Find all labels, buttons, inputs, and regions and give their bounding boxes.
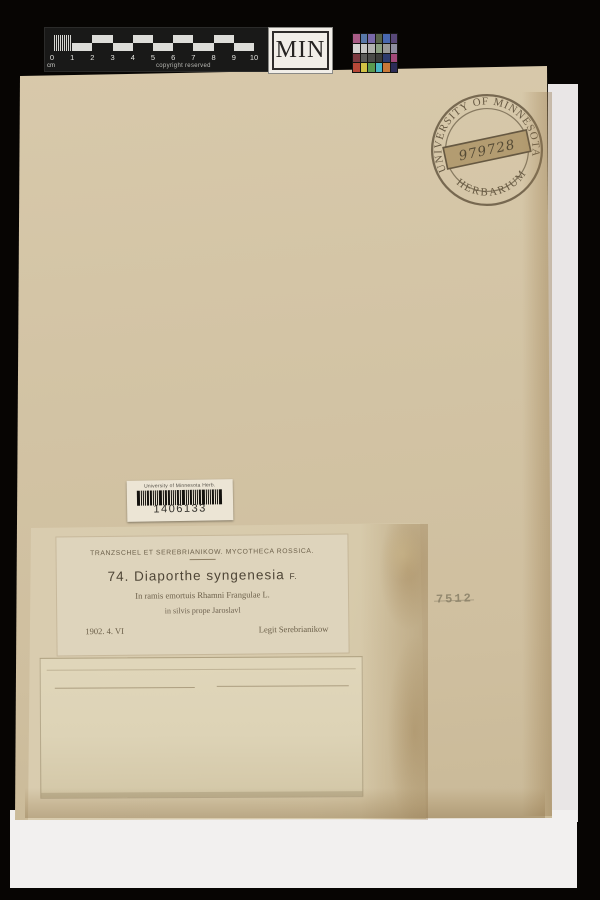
stamp-number-box: 979728 — [443, 130, 531, 169]
taxon-name: Diaporthe syngenesia — [134, 567, 285, 584]
ruler-mm-tick — [58, 35, 59, 51]
herbarium-scan: 012345678910 cm copyright reserved MIN U… — [0, 0, 600, 900]
herbarium-stamp: UNIVERSITY OF MINNESOTA HERBARIUM 979728 — [421, 84, 554, 217]
color-calibration-chart — [352, 33, 398, 73]
ruler-number: 2 — [90, 53, 94, 62]
label-collector: Legit Serebrianikow — [259, 624, 329, 635]
ruler-number: 9 — [232, 53, 236, 62]
color-patch — [391, 34, 398, 43]
color-patch — [376, 44, 383, 53]
ruler-number: 8 — [212, 53, 216, 62]
label-divider — [189, 559, 215, 560]
color-patch — [376, 34, 383, 43]
taxon-author: F. — [289, 571, 297, 581]
ruler-copyright-text: copyright reserved — [156, 63, 211, 69]
specimen-label: TRANZSCHEL ET SEREBRIANIKOW. MYCOTHECA R… — [56, 534, 348, 655]
color-patch — [391, 54, 398, 63]
ruler-number: 0 — [50, 53, 54, 62]
scale-ruler: 012345678910 cm copyright reserved — [44, 27, 270, 72]
ruler-number: 6 — [171, 53, 175, 62]
label-locality-line: in silvis prope Jaroslavl — [57, 604, 348, 616]
ruler-mm-tick — [64, 35, 65, 51]
barcode-bar — [219, 489, 222, 504]
envelope-fold-line-right — [217, 685, 349, 687]
ruler-mm-tick — [66, 35, 67, 51]
barcode-header-text: University of Minnesota Herb. — [144, 482, 215, 489]
label-date: 1902. 4. VI — [85, 626, 124, 636]
institution-code-box: MIN — [268, 27, 333, 74]
color-patch — [383, 54, 390, 63]
ruler-number: 10 — [250, 53, 258, 62]
color-patch — [391, 63, 398, 72]
stamp-arc-bottom-text: HERBARIUM — [453, 166, 532, 204]
barcode-bar — [137, 491, 140, 506]
ruler-mm-tick — [62, 35, 63, 51]
ruler-unit-label: cm — [47, 63, 55, 69]
color-patch — [368, 54, 375, 63]
label-series-title: TRANZSCHEL ET SEREBRIANIKOW. MYCOTHECA R… — [57, 547, 348, 557]
color-patch — [368, 44, 375, 53]
color-patch — [361, 34, 368, 43]
color-patch — [361, 54, 368, 63]
taxon-number: 74. — [107, 569, 129, 584]
institution-code-label: MIN — [272, 31, 329, 70]
color-patch — [353, 44, 360, 53]
envelope-fold-line-left — [55, 687, 195, 689]
color-patch — [368, 63, 375, 72]
color-patch — [383, 44, 390, 53]
ruler-block — [153, 43, 173, 51]
ruler-number: 4 — [131, 53, 135, 62]
ruler-number: 5 — [151, 53, 155, 62]
color-patch — [361, 63, 368, 72]
ruler-number: 7 — [191, 53, 195, 62]
ruler-number: 3 — [111, 53, 115, 62]
svg-text:HERBARIUM: HERBARIUM — [453, 166, 532, 204]
ruler-mm-tick — [60, 35, 61, 51]
envelope-flap-edge — [47, 668, 356, 671]
barcode-number: 1406133 — [153, 503, 207, 516]
sheet-accession-number: 7512 — [436, 591, 473, 606]
barcode-bar — [150, 490, 152, 505]
color-patch — [376, 63, 383, 72]
color-patch — [361, 44, 368, 53]
label-taxon-line: 74. Diaporthe syngenesia F. — [57, 566, 348, 584]
ruler-block — [214, 35, 234, 43]
color-patch — [368, 34, 375, 43]
ruler-block — [133, 35, 153, 43]
ruler-mm-tick — [70, 35, 71, 51]
color-patch — [391, 44, 398, 53]
barcode-bar — [147, 491, 149, 506]
stamp-graphic: UNIVERSITY OF MINNESOTA HERBARIUM 979728 — [421, 84, 554, 217]
specimen-envelope — [40, 656, 364, 799]
ruler-block — [234, 43, 254, 51]
ruler-number: 1 — [70, 53, 74, 62]
ruler-block — [193, 43, 213, 51]
color-patch — [353, 54, 360, 63]
ruler-mm-tick — [68, 35, 69, 51]
label-bottom-row: 1902. 4. VI Legit Serebrianikow — [57, 623, 348, 636]
color-patch — [353, 63, 360, 72]
ruler-mm-tick — [56, 35, 57, 51]
envelope-bottom-shadow — [41, 791, 362, 798]
label-substrate-line: In ramis emortuis Rhamni Frangulae L. — [57, 588, 348, 601]
ruler-block — [173, 35, 193, 43]
backing-sheet-bottom-edge — [10, 810, 577, 888]
barcode-bar — [212, 489, 214, 504]
barcode-label: University of Minnesota Herb. 1406133 — [127, 479, 234, 522]
ruler-block — [113, 43, 133, 51]
ruler-block — [72, 43, 92, 51]
ruler-block — [92, 35, 112, 43]
ruler-mm-tick — [54, 35, 55, 51]
color-patch — [383, 34, 390, 43]
color-patch — [376, 54, 383, 63]
color-patch — [353, 34, 360, 43]
color-patch — [383, 63, 390, 72]
